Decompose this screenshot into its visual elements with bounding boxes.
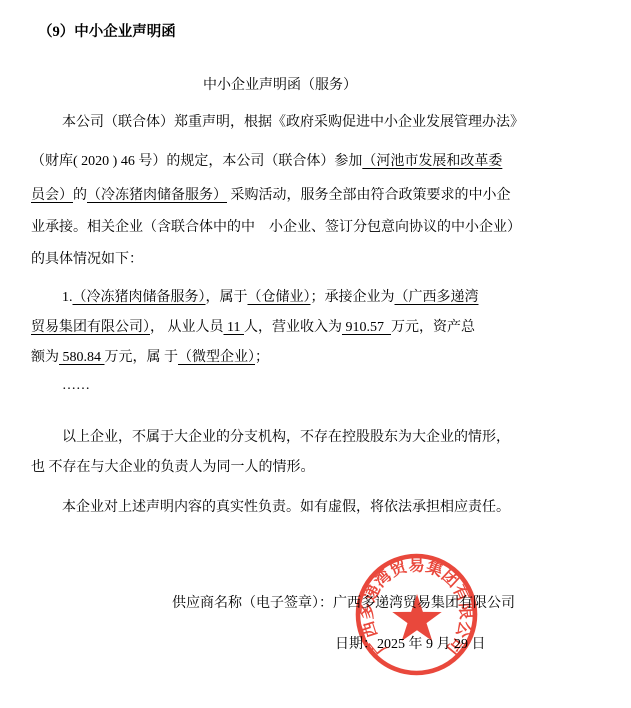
filled-blank-field: 贸易集团有限公司） [31,320,150,335]
doc-line: 以上企业，不属于大企业的分支机构，不存在控股股东为大企业的情形， [62,428,510,447]
text-segment: 1. [62,290,73,305]
doc-line: 本企业对上述声明内容的真实性负责。如有虚假，将依法承担相应责任。 [62,498,510,517]
text-segment: 人，营业收入为 [244,320,342,335]
text-segment: 的 [73,188,87,203]
text-segment: ；承接企业为 [311,290,395,305]
doc-line: 贸易集团有限公司）， 从业人员 11 人，营业收入为 910.57 万元，资产总 [31,318,475,337]
text-segment: 以上企业，不属于大企业的分支机构，不存在控股股东为大企业的情形， [62,430,510,445]
doc-line: 也 不存在与大企业的负责人为同一人的情形。 [31,458,315,477]
filled-blank-field: 910.57 [342,320,391,335]
section-heading: （9）中小企业声明函 [38,23,176,41]
text-segment: 本企业对上述声明内容的真实性负责。如有虚假，将依法承担相应责任。 [62,500,510,515]
text-segment: 采购活动，服务全部由符合政策要求的中小企 [227,188,511,203]
filled-blank-field: （冷冻猪肉储备服务） [73,290,206,305]
text-segment: ； [255,350,269,365]
declaration-document-page: （9）中小企业声明函 中小企业声明函（服务） 本公司（联合体）郑重声明，根据《政… [0,0,631,708]
text-segment: 本公司（联合体）郑重声明，根据《政府采购促进中小企业发展管理办法》 [62,115,524,130]
text-segment: ， 从业人员 [150,320,224,335]
text-segment: 万元，资产总 [391,320,475,335]
text-segment: 的具体情况如下： [31,252,143,267]
text-segment: 万元，属 于 [105,350,179,365]
filled-blank-field: （微型企业） [178,350,255,365]
doc-line: 1.（冷冻猪肉储备服务），属于（仓储业）；承接企业为（广西多递湾 [62,288,479,307]
text-segment: （财库( 2020 ) 46 号）的规定，本公司（联合体）参加 [31,154,362,169]
text-segment: 业承接。相关企业（含联合体中的中 小企业、签订分包意向协议的中小企业） [31,220,521,235]
doc-line: …… [62,376,90,395]
doc-line: 的具体情况如下： [31,250,143,269]
filled-blank-field: （仓储业） [248,290,311,305]
filled-blank-field: （冷冻猪肉储备服务） [87,188,227,203]
doc-line: 业承接。相关企业（含联合体中的中 小企业、签订分包意向协议的中小企业） [31,218,521,237]
filled-blank-field: 11 [224,320,244,335]
seal-star-icon [392,594,441,641]
company-seal-stamp: 广西多递湾贸易集团有限公司 [353,551,480,678]
text-segment: 也 不存在与大企业的负责人为同一人的情形。 [31,460,315,475]
document-title: 中小企业声明函（服务） [203,77,357,95]
doc-line: 员会）的（冷冻猪肉储备服务） 采购活动，服务全部由符合政策要求的中小企 [31,186,511,205]
filled-blank-field: （广西多递湾 [395,290,479,305]
text-segment: 额为 [31,350,59,365]
doc-line: （财库( 2020 ) 46 号）的规定，本公司（联合体）参加（河池市发展和改革… [31,152,502,171]
doc-line: 本公司（联合体）郑重声明，根据《政府采购促进中小企业发展管理办法》 [62,113,524,132]
filled-blank-field: 580.84 [59,350,105,365]
doc-line: 额为 580.84 万元，属 于（微型企业）； [31,348,269,367]
filled-blank-field: （河池市发展和改革委 [362,154,502,169]
text-segment: ，属于 [206,290,248,305]
text-segment: …… [62,378,90,393]
filled-blank-field: 员会） [31,188,73,203]
